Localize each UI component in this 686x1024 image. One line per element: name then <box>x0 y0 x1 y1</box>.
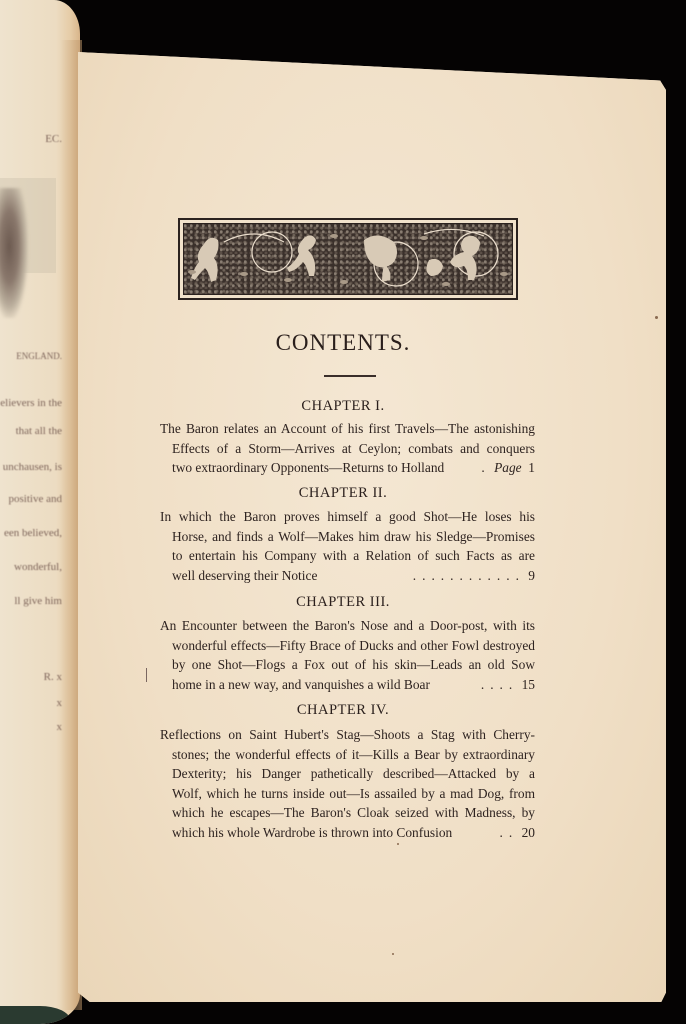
margin-mark <box>146 668 147 682</box>
illustration-fragment <box>0 188 28 318</box>
chapter-entry: Reflections on Saint Hubert's Stag—Shoot… <box>160 725 535 842</box>
chapter-entry: In which the Baron proves himself a good… <box>160 507 535 585</box>
foxing-spot <box>655 316 658 319</box>
entry-line: stones; the wonderful effects of it—Kill… <box>160 745 535 765</box>
entry-last-line: which his whole Wardrobe is thrown into … <box>160 823 535 843</box>
left-page-line: wonderful, <box>14 562 62 573</box>
foxing-spot <box>392 953 394 955</box>
left-page-line: unchausen, is <box>3 462 62 473</box>
entry-line: Reflections on Saint Hubert's Stag—Shoot… <box>160 725 535 745</box>
dot-leader: ............ <box>413 568 525 583</box>
chapter-heading: CHAPTER II. <box>0 485 686 502</box>
entry-line: Effects of a Storm—Arrives at Ceylon; co… <box>160 439 535 459</box>
page-number: 15 <box>522 677 535 692</box>
animal-foliage-icon <box>184 224 513 294</box>
dot-leader: . <box>481 460 490 475</box>
entry-line-text: two extraordinary Opponents—Returns to H… <box>172 458 444 478</box>
woodcut-headpiece <box>178 218 518 300</box>
chapter-entry: The Baron relates an Account of his firs… <box>160 419 535 478</box>
entry-last-line: home in a new way, and vanquishes a wild… <box>160 675 535 695</box>
entry-line: An Encounter between the Baron's Nose an… <box>160 616 535 636</box>
entry-line: Dexterity; his Danger pathetically descr… <box>160 764 535 784</box>
entry-last-line: well deserving their Notice ............… <box>160 566 535 586</box>
entry-line: which he escapes—The Baron's Cloak seize… <box>160 803 535 823</box>
left-page-line: een believed, <box>4 528 62 539</box>
entry-line: by one Shot—Flogs a Fox out of his skin—… <box>160 655 535 675</box>
dot-leader: .... <box>481 677 518 692</box>
chapter-heading: CHAPTER I. <box>0 398 686 415</box>
entry-line-text: well deserving their Notice <box>172 566 317 586</box>
left-page-line: that all the <box>16 426 62 437</box>
dot-leader: .. <box>500 825 519 840</box>
entry-line: The Baron relates an Account of his firs… <box>160 419 535 439</box>
entry-line: In which the Baron proves himself a good… <box>160 507 535 527</box>
page-label: Page <box>494 460 522 475</box>
page-number: 1 <box>528 460 535 475</box>
entry-line-text: home in a new way, and vanquishes a wild… <box>172 675 430 695</box>
page-number: 9 <box>528 568 535 583</box>
chapter-entry: An Encounter between the Baron's Nose an… <box>160 616 535 694</box>
chapter-heading: CHAPTER III. <box>0 594 686 611</box>
page-title: CONTENTS. <box>0 330 686 356</box>
entry-line: wonderful effects—Fifty Brace of Ducks a… <box>160 636 535 656</box>
ornament-pattern <box>183 223 513 295</box>
foxing-spot <box>397 843 399 845</box>
entry-line: Wolf, which he turns inside out—Is assai… <box>160 784 535 804</box>
entry-line-text: which his whole Wardrobe is thrown into … <box>172 823 452 843</box>
entry-line: to entertain his Company with a Relation… <box>160 546 535 566</box>
entry-line: Horse, and finds a Wolf—Makes him draw h… <box>160 527 535 547</box>
entry-last-line: two extraordinary Opponents—Returns to H… <box>160 458 535 478</box>
title-rule <box>324 375 376 377</box>
chapter-heading: CHAPTER IV. <box>0 702 686 719</box>
page-number: 20 <box>522 825 535 840</box>
